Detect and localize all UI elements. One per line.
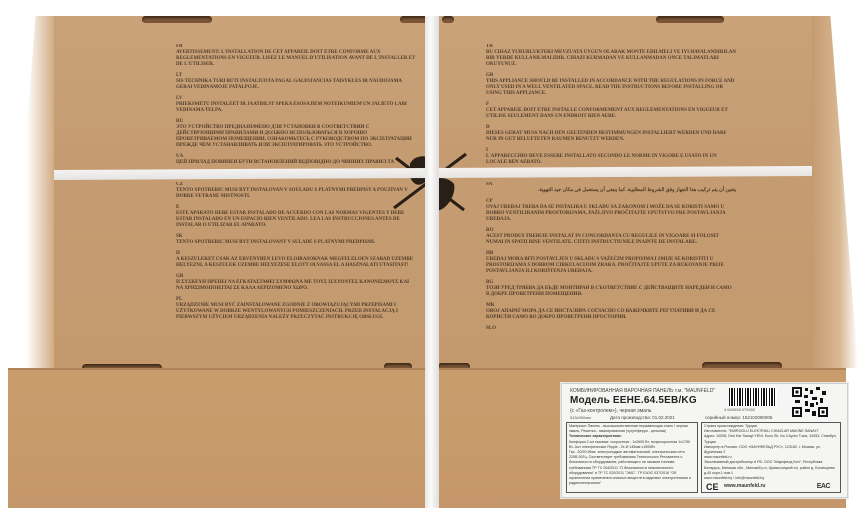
product-label: КОМБИНИРОВАННАЯ ВАРОЧНАЯ ПАНЕЛЬ т.м. "MA… bbox=[561, 383, 848, 498]
warning-text-right-top: TRBU CIHAZ YURURLUKTEKI MEVZUATA UYGUN O… bbox=[486, 44, 736, 164]
label-address: Адрес: 10008, Deri Kar Sanayi YENI, Kuzu… bbox=[704, 434, 838, 444]
label-dimensions: 515x590мм bbox=[570, 415, 591, 420]
label-compliance: Газ - 20/20 Mbar, электроподжиг автомати… bbox=[569, 450, 695, 486]
ce-mark-icon: CE bbox=[706, 485, 719, 490]
label-production-date: Дата производства: 01.02.2021 bbox=[610, 415, 675, 420]
label-footer-site: www.maunfeld.ru bbox=[724, 484, 765, 489]
label-distributor-site: www.maunfeld.by / info@maunfeld.by bbox=[704, 476, 838, 481]
handle-slot-top-left bbox=[142, 16, 212, 23]
handle-slot-top-center-right bbox=[442, 16, 454, 23]
box-left-side bbox=[8, 16, 54, 368]
label-specs: Конфорки 2 шт газовые: скоростная - 1x26… bbox=[569, 440, 695, 450]
label-variant: (с «Газ-контролем»), черная эмаль bbox=[570, 408, 651, 414]
warning-text-left-bottom: CZTento spotrebic musi byt instalovan v … bbox=[176, 182, 416, 330]
box-right-side bbox=[812, 16, 858, 368]
handle-slot-top-right bbox=[656, 16, 724, 23]
label-material: Материал: Панель - высококачественная не… bbox=[569, 424, 695, 434]
label-specs-title: Технические характеристики: bbox=[569, 434, 622, 438]
barcode-icon bbox=[729, 388, 777, 406]
label-distributor: Эксклюзивный дистрибьютор в РБ: ООО "Мау… bbox=[704, 460, 838, 476]
strap-vertical bbox=[425, 16, 439, 508]
label-barcode-number: 4 640008 079402 bbox=[724, 407, 755, 412]
warning-text-right-bottom: SAيتعين أن يتم تركيب هذا الجهاز وفق الشر… bbox=[486, 182, 736, 332]
warning-text-left-top: FRAVERTISSEMENT: L'INSTALLATION DE CET A… bbox=[176, 44, 416, 164]
product-photo: FRAVERTISSEMENT: L'INSTALLATION DE CET A… bbox=[0, 0, 866, 520]
handle-slot-top-center-left bbox=[400, 16, 428, 23]
label-specs-box: Материал: Панель - высококачественная не… bbox=[566, 422, 698, 493]
label-serial-number: серийный номер: 152102090005 bbox=[705, 415, 772, 420]
label-importer: Импортер в Россию: ООО «МАУНФЕЛЬД РУС», … bbox=[704, 445, 838, 455]
label-manufacturer-box: Страна происхождения: Турция Изготовител… bbox=[701, 422, 841, 493]
eac-mark-icon: EAC bbox=[817, 484, 830, 489]
qr-code-icon bbox=[792, 387, 828, 417]
label-product-type: КОМБИНИРОВАННАЯ ВАРОЧНАЯ ПАНЕЛЬ т.м. "MA… bbox=[570, 388, 715, 394]
label-model: Модель EEHE.64.5EB/KG bbox=[570, 395, 697, 406]
